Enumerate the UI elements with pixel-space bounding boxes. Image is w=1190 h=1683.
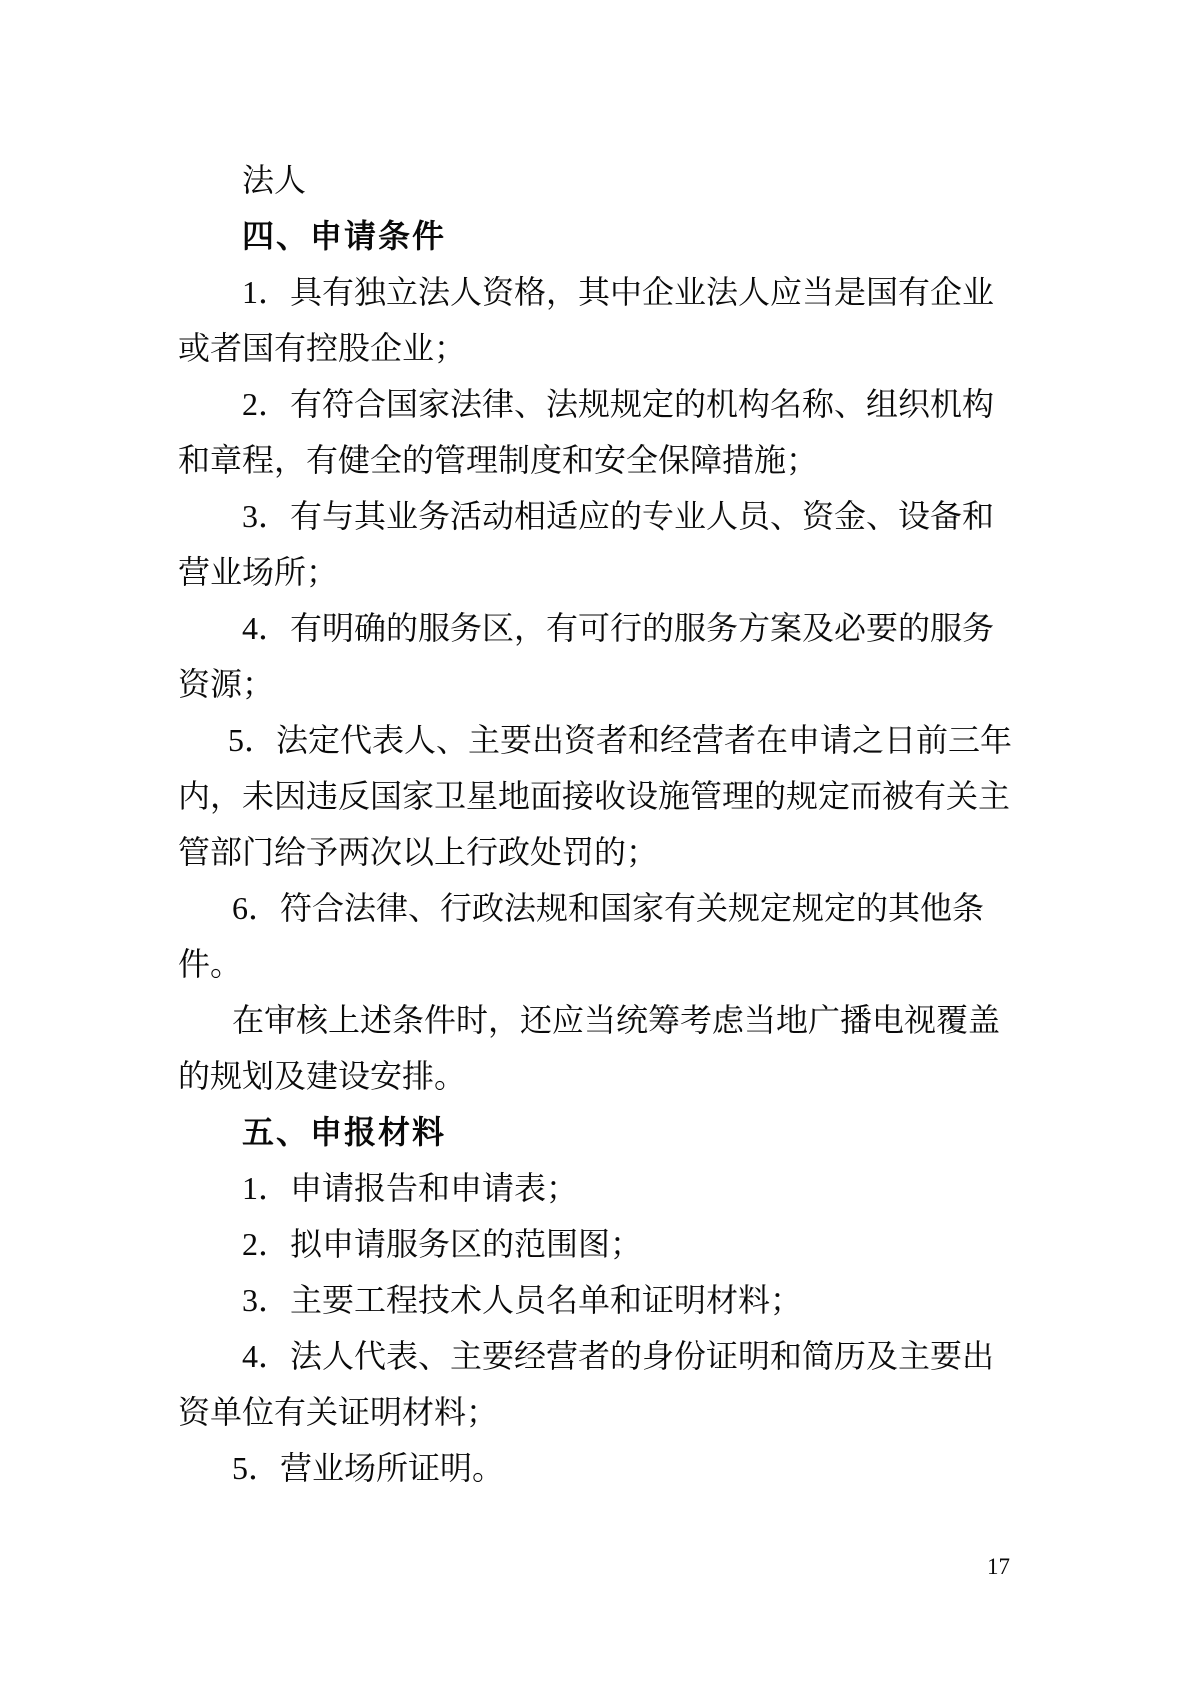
- text-line: 2．拟申请服务区的范围图；: [178, 1216, 1013, 1272]
- text-line: 5．法定代表人、主要出资者和经营者在申请之日前三年: [178, 712, 1013, 768]
- text-line: 内，未因违反国家卫星地面接收设施管理的规定而被有关主: [178, 768, 1013, 824]
- text-line: 3．主要工程技术人员名单和证明材料；: [178, 1272, 1013, 1328]
- text-line: 3．有与其业务活动相适应的专业人员、资金、设备和: [178, 488, 1013, 544]
- section-heading: 四、申请条件: [178, 208, 1013, 264]
- document-page: 法人四、申请条件1．具有独立法人资格，其中企业法人应当是国有企业或者国有控股企业…: [0, 0, 1190, 1683]
- text-line: 6．符合法律、行政法规和国家有关规定规定的其他条: [178, 880, 1013, 936]
- text-line: 4．有明确的服务区，有可行的服务方案及必要的服务: [178, 600, 1013, 656]
- text-line: 资源；: [178, 656, 1013, 712]
- text-line: 件。: [178, 936, 1013, 992]
- text-line: 资单位有关证明材料；: [178, 1384, 1013, 1440]
- text-line: 4．法人代表、主要经营者的身份证明和简历及主要出: [178, 1328, 1013, 1384]
- text-line: 在审核上述条件时，还应当统筹考虑当地广播电视覆盖: [178, 992, 1013, 1048]
- document-body: 法人四、申请条件1．具有独立法人资格，其中企业法人应当是国有企业或者国有控股企业…: [178, 152, 1013, 1496]
- text-line: 1．申请报告和申请表；: [178, 1160, 1013, 1216]
- text-line: 法人: [178, 152, 1013, 208]
- text-line: 或者国有控股企业；: [178, 320, 1013, 376]
- text-line: 1．具有独立法人资格，其中企业法人应当是国有企业: [178, 264, 1013, 320]
- text-line: 和章程，有健全的管理制度和安全保障措施；: [178, 432, 1013, 488]
- page-number: 17: [987, 1554, 1010, 1580]
- text-line: 5．营业场所证明。: [178, 1440, 1013, 1496]
- text-line: 的规划及建设安排。: [178, 1048, 1013, 1104]
- section-heading: 五、申报材料: [178, 1104, 1013, 1160]
- text-line: 营业场所；: [178, 544, 1013, 600]
- text-line: 管部门给予两次以上行政处罚的；: [178, 824, 1013, 880]
- text-line: 2．有符合国家法律、法规规定的机构名称、组织机构: [178, 376, 1013, 432]
